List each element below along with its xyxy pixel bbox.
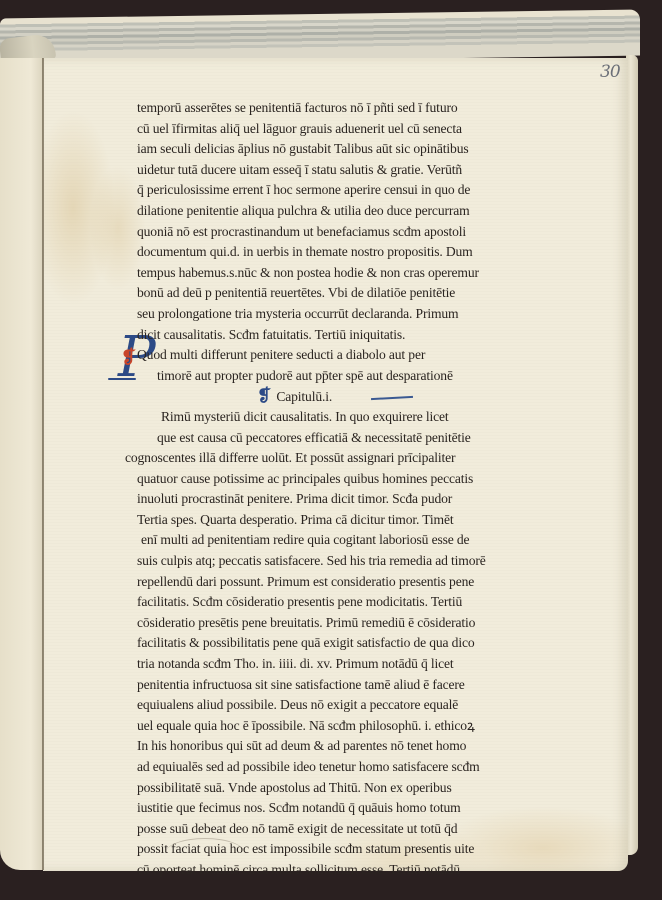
rubric-heading: ❡ Quod multi differunt penitere seducti … (137, 345, 483, 386)
rubric-line: ❡ Quod multi differunt penitere seducti … (137, 345, 483, 366)
text-line: que est causa cū peccatores efficatiā & … (137, 428, 483, 449)
text-line: temporū asserētes se penitentiā facturos… (137, 98, 483, 119)
main-text-block: temporū asserētes se penitentiā facturos… (137, 98, 483, 881)
text-line: tria notanda scđm Tho. in. iiii. di. xv.… (137, 654, 483, 675)
text-line: dicit causalitatis. Scđm fatuitatis. Ter… (137, 325, 483, 346)
initial-flourish (108, 378, 136, 380)
text-line: cū uel īfirmitas aliq̄ uel lāguor grauis… (137, 119, 483, 140)
text-line: penitentia infructuosa sit sine satisfac… (137, 675, 483, 696)
text-line: quoniā nō est procrastinandum ut benefac… (137, 222, 483, 243)
text-line: Rimū mysteriū dicit causalitatis. In quo… (137, 407, 483, 428)
text-line: iam seculi delicias āplius nō gustabit T… (137, 139, 483, 160)
text-line: cognoscentes illā differre uolūt. Et pos… (125, 448, 483, 469)
chapter-heading: ❡ Capitulū.i. (137, 386, 483, 407)
text-line: q̄ periculosissime errent ī hoc sermone … (137, 180, 483, 201)
blue-pilcrow-icon: ❡ (257, 386, 271, 407)
book-scan: 30 P temporū asserētes se penitentiā fac… (0, 0, 662, 900)
text-line: ad equiualēs sed ad possibile ideo tenet… (137, 757, 483, 778)
text-line: facilitatis & possibilitatis pene quā ex… (137, 633, 483, 654)
verso-page-strip (0, 58, 44, 870)
text-line: inuoluti procrastināt penitere. Prima di… (137, 489, 483, 510)
gutter-fold (42, 58, 44, 870)
paragraph-2: Rimū mysteriū dicit causalitatis. In quo… (137, 407, 483, 881)
text-line: bonū ad deū p penitentiā reuertētes. Vbi… (137, 283, 483, 304)
folio-number: 30 (600, 62, 620, 82)
text-line: enī multi ad penitentiam redire quia cog… (137, 530, 483, 551)
text-line: quatuor cause potissime ac principales q… (137, 469, 483, 490)
text-line: suis culpis atq; peccatis satisfacere. S… (137, 551, 483, 572)
rubric-line: timorē aut propter pudorē aut pp̄ter spē… (137, 366, 483, 387)
text-line: possibilitatē suā. Vnde apostolus ad Thi… (137, 778, 483, 799)
text-line: cōsideratio presētis pene breuitatis. Pr… (137, 613, 483, 634)
text-line: seu prolongatione tria mysteria occurrūt… (137, 304, 483, 325)
text-line: posse suū debeat deo nō tamē exigit de n… (137, 819, 483, 840)
rubric-text: Quod multi differunt penitere seducti a … (137, 347, 425, 362)
text-line: tempus habemus.s.nūc & non postea hodie … (137, 263, 483, 284)
text-line: Tertia spes. Quarta desperatio. Prima cā… (137, 510, 483, 531)
text-line: In his honoribus qui sūt ad deum & ad pa… (137, 736, 483, 757)
book-page-block-top-edge (0, 10, 640, 65)
text-line: repellendū dari possunt. Primum est cons… (137, 572, 483, 593)
text-line: iustitie que fecimus nos. Scđm notandū q… (137, 798, 483, 819)
text-line: uidetur tutā ducere uitam esseq̄ ī statu… (137, 160, 483, 181)
text-line: documentum qui.d. in uerbis in themate n… (137, 242, 483, 263)
text-line: uel equale quia hoc ē īpossibile. Nā scđ… (137, 716, 483, 737)
paragraph-1: temporū asserētes se penitentiā facturos… (137, 98, 483, 345)
red-pilcrow-icon: ❡ (121, 347, 136, 368)
chapter-rule-line (371, 396, 413, 400)
text-line: facilitatis. Scđm cōsideratio presentis … (137, 592, 483, 613)
chapter-label: Capitulū.i. (276, 389, 332, 404)
text-line: dilatione penitentie aliqua pulchra & ut… (137, 201, 483, 222)
text-line: equiualens aliud possibile. Deus nō exig… (137, 695, 483, 716)
pencil-mark (165, 838, 245, 869)
